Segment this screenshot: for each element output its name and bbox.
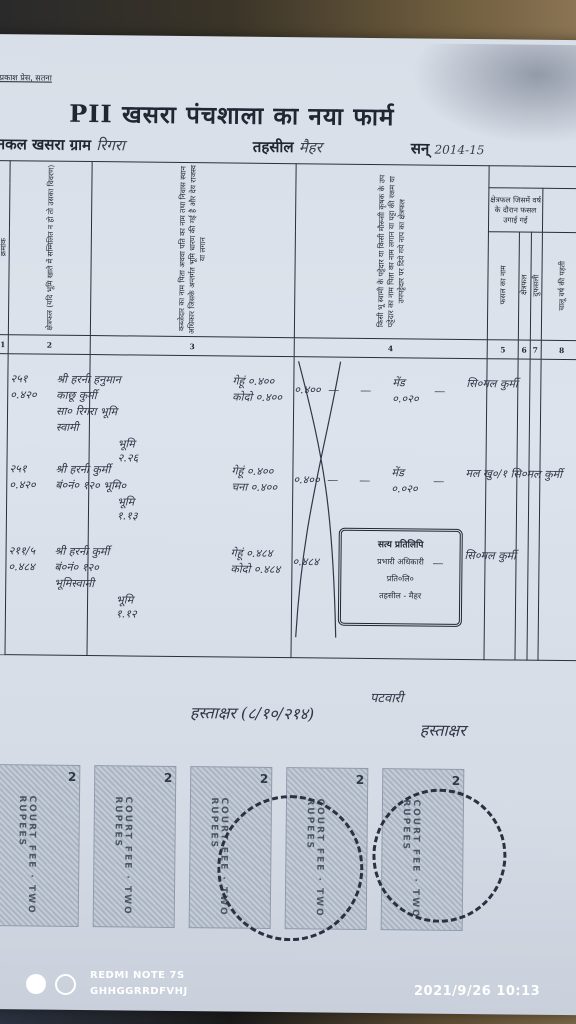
col-head-2: क्षेत्रफल (यदि भूमि खाते में सम्मिलित न … [8,161,92,336]
khasra-form-page: प्रकाश प्रेस, सतना PII खसरा पंचशाला का न… [0,34,576,1015]
area-value: ०.४२० [10,388,37,402]
court-fee-stamp: 2COURT FEE · TWO RUPEES [0,764,80,927]
stamp-line: सत्य प्रतिलिपि [342,537,460,551]
revenue-value: १.१२ [116,607,137,621]
col-num: 2 [8,335,90,355]
fallow-other-line: मेंड [391,466,404,480]
round-seal-icon [372,788,507,923]
col-num: 8 [541,340,576,359]
fallow-other-line: मेंड [392,376,405,390]
revenue-label: भूमि [116,593,133,607]
revenue-label: भूमि [118,437,135,451]
form-code: PII [69,99,113,128]
khasra-number: २५१ [9,462,26,476]
dufasli-value: ०.४०० [294,383,321,397]
col-head-3: कब्जेदार का नाम पिता अथवा पति का नाम तथा… [90,162,295,338]
signature-2: पटवारी [370,688,403,706]
camera-model: REDMI NOTE 7S [90,970,185,981]
col-num: 7 [530,340,541,359]
year-field: सन् 2014-15 [411,138,485,159]
watermark-dot-ring-icon [55,974,76,995]
round-seal-icon [217,794,365,942]
group-head-cropped: क्षेत्रफल जिसमें वर्ष के दौरान फसल उगाई … [488,188,542,233]
crop-line: चना ०.४०० [231,481,277,495]
col-num: 6 [519,340,530,359]
stamp-line: प्रति०लि० [341,573,459,585]
revenue-value: १.१३ [117,509,138,523]
revenue-label: भूमि [117,495,134,509]
owner-line: श्री हरनी कुर्मी [55,463,110,477]
remark-text: सि०मल कुर्मी [466,377,518,391]
dufasli-value: ०.४०० [293,473,320,487]
signature-1: हस्ताक्षर (८/१०/२१४) [190,701,315,724]
year-label: सन् [411,139,430,157]
owner-line: बं०नं० १२० [54,561,99,575]
fallow-other-line: ०.०२० [391,482,418,496]
certification-stamp: सत्य प्रतिलिपि प्रभारी अधिकारी प्रति०लि०… [338,528,463,627]
village-field: नकल खसरा ग्राम रिगरा [0,134,125,155]
owner-line: सा० रिगरा भूमि [56,405,117,419]
outside-crop: — [434,385,445,399]
area-value: ०.४८४ [8,560,35,574]
col-head-5: फसल का नाम [487,232,520,340]
remark-text: मल खु०/१ सि०मल कुर्मी [465,467,562,482]
owner-line: स्वामी [56,421,79,435]
fallow-2to5: — [359,474,370,488]
group-head-land: खाते की भूमि [489,166,576,191]
watermark-dot-filled-icon [26,974,46,994]
tehsil-value: मैहर [299,138,322,156]
col-head-4: किसी भू स्वामी के पट्टेदार या किसी मौरूस… [294,164,489,340]
court-fee-stamp: 2COURT FEE · TWO RUPEES [93,765,177,928]
owner-line: बं०नं० १२० भूमि० [55,479,126,493]
village-label: नकल खसरा ग्राम [0,135,91,154]
crop-line: गेहूं ०.४८४ [231,547,273,561]
group-head-fallow: पड़ती का क्षेत्रफल [542,188,576,234]
fallow-2to5: — [360,384,371,398]
form-title-text: खसरा पंचशाला का नया फार्म [122,99,395,131]
tehsil-field: तहसील मैहर [253,137,322,158]
signature-3: हस्ताक्षर [420,719,466,741]
khasra-number: २११/५ [9,544,36,558]
strike-cross-icon [291,357,344,648]
dufasli-value: ०.४८४ [292,555,319,569]
col-num: 1 [0,335,8,354]
signatures: हस्ताक्षर (८/१०/२१४) पटवारी हस्ताक्षर [179,676,540,760]
owner-line: भूमिस्वामी [54,577,94,591]
stamp-line: प्रभारी अधिकारी [341,556,459,568]
tehsil-label: तहसील [253,138,294,156]
fallow-current: — [328,384,339,398]
khasra-number: २५१ [10,372,27,386]
camera-watermark: REDMI NOTE 7S GHHGGRRDFVHJ 2021/9/26 10:… [0,966,576,1006]
remark-text: सि०मल कुर्मी [464,549,516,563]
crop-line: कोदो ०.४०० [232,391,282,405]
body-col-8 [538,359,576,660]
photo-datetime: 2021/9/26 10:13 [414,984,540,999]
form-title: PII खसरा पंचशाला का नया फार्म [69,97,395,133]
stamp-line: तहसील - मैहर [341,590,459,602]
year-value: 2014-15 [434,143,484,158]
revenue-stamps: 2COURT FEE · TWO RUPEES2COURT FEE · TWO … [0,764,468,929]
crop-line: गेहूं ०.४०० [231,465,273,479]
col-num: 5 [487,340,519,359]
revenue-value: २.२६ [117,451,138,465]
camera-tag: GHHGGRRDFVHJ [90,986,188,997]
col-head-8: चालू वर्ष की पड़ती [541,232,576,340]
fallow-other-line: ०.०२० [392,392,419,406]
outside-crop: — [433,475,444,489]
crop-line: गेहूं ०.४०० [232,375,274,389]
owner-line: श्री हरनी कुर्मी [55,545,110,559]
crop-line: कोदो ०.४८४ [230,563,280,577]
paper-stain [411,43,576,145]
col-num: 3 [90,336,294,357]
area-value: ०.४२० [9,478,36,492]
owner-line: काछू कुर्मी [56,389,97,403]
printer-line: प्रकाश प्रेस, सतना [0,72,52,84]
body-col-5 [484,359,519,660]
col-num: 4 [294,338,488,359]
owner-line: श्री हरनी हनुमान [56,373,121,387]
fallow-current: — [327,474,338,488]
village-value: रिगरा [96,136,125,154]
